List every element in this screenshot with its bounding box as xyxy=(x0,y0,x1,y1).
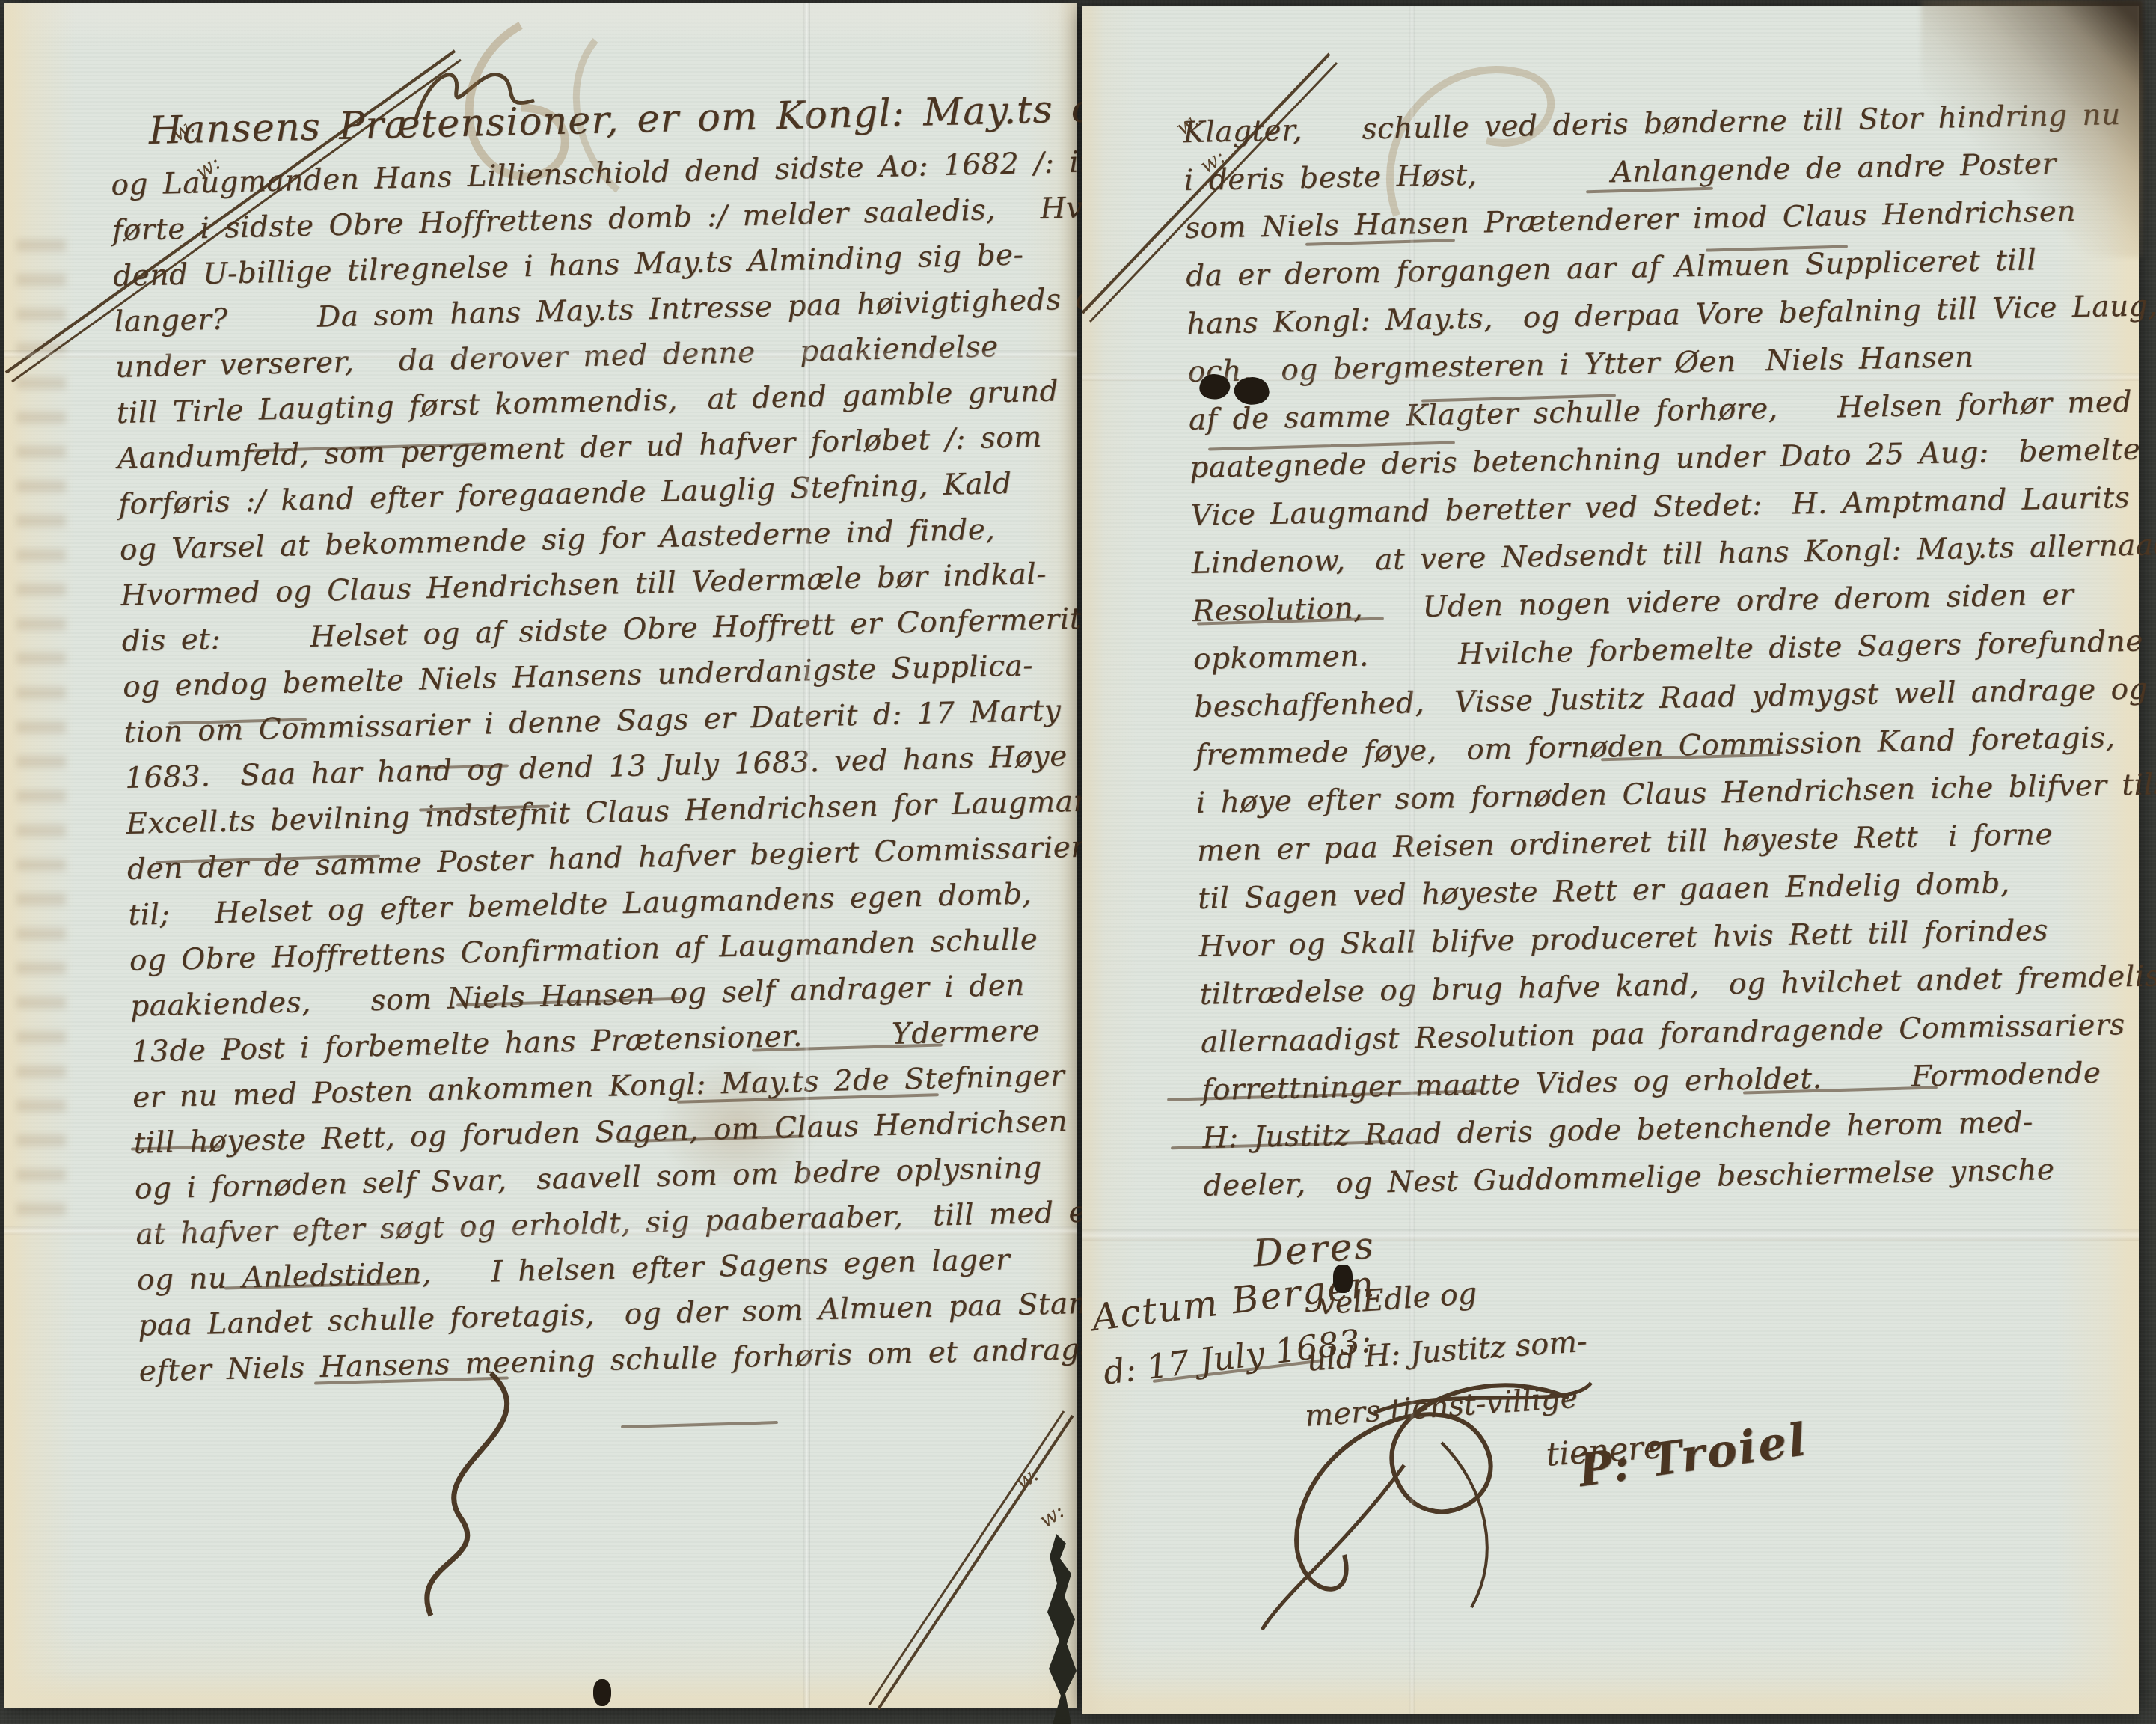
signature-flourish xyxy=(1255,1368,1606,1637)
left-page: w. w: Hansens Prætensioner, er om Kongl:… xyxy=(4,3,1077,1708)
fold-crease xyxy=(4,350,1077,358)
ink-blot xyxy=(593,1679,611,1706)
right-page: w. w: Klagter, schulle ved deris bøndern… xyxy=(1082,6,2139,1714)
pen-paraph xyxy=(379,1369,558,1623)
fold-crease xyxy=(4,1226,1077,1235)
right-page-text: Klagter, schulle ved deris bønderne till… xyxy=(1183,91,2139,1211)
fold-crease xyxy=(1409,6,1415,1714)
pen-flourish-bottomright xyxy=(865,1416,1082,1715)
archival-scan: { "palette": { "paper": "#dfe5de", "pape… xyxy=(0,0,2156,1724)
fold-crease xyxy=(803,3,810,1708)
ink-blot xyxy=(1333,1265,1353,1293)
fold-crease xyxy=(1082,1229,2139,1241)
left-page-text: Hansens Prætensioner, er om Kongl: May.t… xyxy=(109,80,1088,1394)
